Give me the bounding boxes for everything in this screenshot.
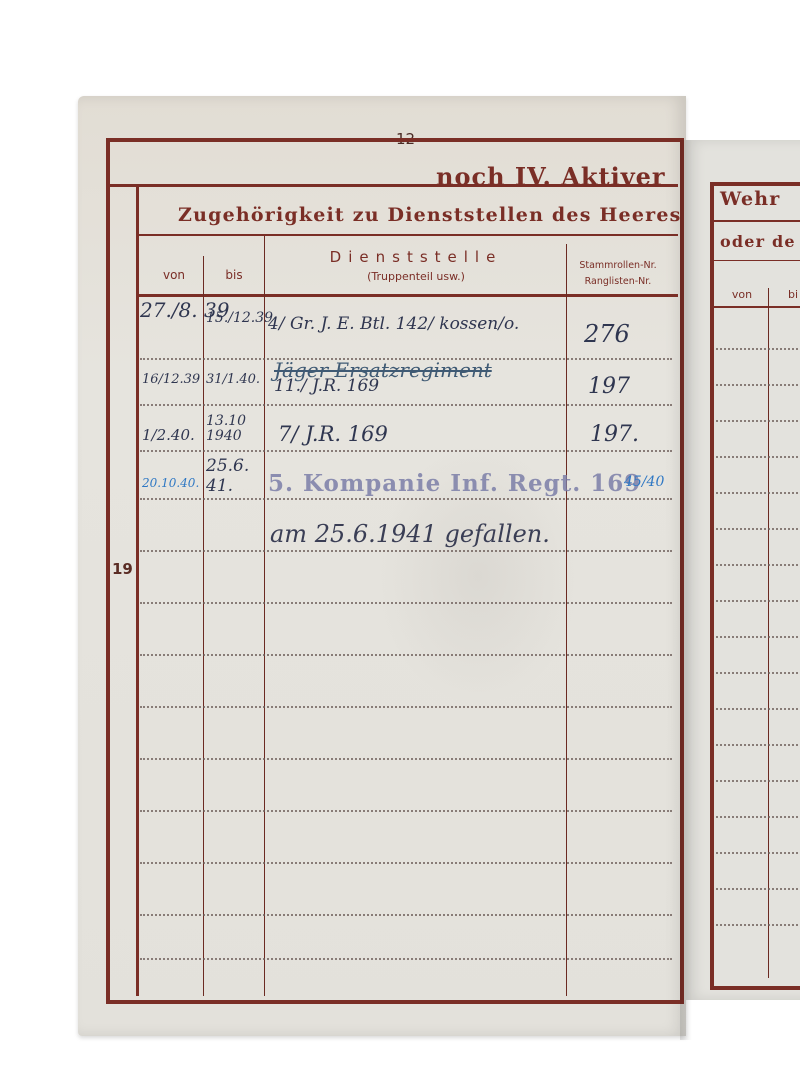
- entry-3-nr: 197: [588, 374, 630, 399]
- entry-5-von: 20.10.40.: [142, 476, 199, 490]
- right-subtitle-fragment: oder de: [720, 232, 796, 251]
- title-divider: [138, 234, 678, 236]
- row-line: [140, 602, 672, 604]
- right-header-divider: [712, 306, 800, 308]
- entry-1-bis: 15./12.39: [206, 310, 273, 326]
- row-line: [140, 706, 672, 708]
- right-col-von: von: [720, 288, 764, 301]
- col-divider-dienststelle-nr: [566, 244, 567, 996]
- entry-3-von: 16/12.39: [142, 372, 200, 387]
- right-row-line: [716, 924, 800, 926]
- row-line: [140, 914, 672, 916]
- right-row-line: [716, 420, 800, 422]
- right-row-line: [716, 528, 800, 530]
- right-row-line: [716, 744, 800, 746]
- entry-5-nr: 45/40: [624, 474, 664, 490]
- row-line: [140, 862, 672, 864]
- entry-5-bis: 25.6. 41.: [206, 456, 262, 496]
- right-row-line: [716, 852, 800, 854]
- right-row-line: [716, 708, 800, 710]
- right-row-line: [716, 492, 800, 494]
- right-outer-frame: [710, 182, 800, 990]
- right-row-line: [716, 888, 800, 890]
- entry-4-dienststelle: 7/ J.R. 169: [278, 422, 388, 446]
- right-row-line: [716, 780, 800, 782]
- row-line: [140, 450, 672, 452]
- death-remark: am 25.6.1941 gefallen.: [270, 520, 550, 548]
- entry-1-dienststelle: 4/ Gr. J. E. Btl. 142/ kossen/o.: [268, 314, 519, 334]
- right-subtitle-divider: [712, 260, 800, 261]
- section-title: noch IV. Aktiver: [436, 162, 666, 191]
- right-title-divider: [712, 220, 800, 222]
- table-title: Zugehörigkeit zu Dienststellen des Heere…: [178, 204, 682, 226]
- entry-4-bis: 13.10 1940: [206, 414, 262, 444]
- row-line: [140, 550, 672, 552]
- right-row-line: [716, 564, 800, 566]
- entry-3-dienststelle: 11./ J.R. 169: [274, 376, 379, 396]
- row-line: [140, 958, 672, 960]
- right-row-line: [716, 456, 800, 458]
- right-row-line: [716, 816, 800, 818]
- right-row-line: [716, 672, 800, 674]
- right-title-fragment: Wehr: [720, 188, 781, 210]
- right-row-line: [716, 384, 800, 386]
- col-header-stammrollen: Stammrollen-Nr.: [568, 260, 668, 271]
- entry-4-von: 1/2.40.: [142, 426, 195, 444]
- entry-5-stamp-dienststelle: 5. Kompanie Inf. Regt. 169: [268, 470, 641, 497]
- right-col-bis: bi: [778, 288, 800, 301]
- col-header-dienststelle-sub: (Truppenteil usw.): [268, 270, 564, 283]
- right-row-line: [716, 600, 800, 602]
- row-line: [140, 498, 672, 500]
- row-line: [140, 810, 672, 812]
- row-line: [140, 654, 672, 656]
- col-header-von: von: [146, 268, 202, 282]
- col-header-ranglisten: Ranglisten-Nr.: [568, 276, 668, 287]
- entry-4-nr: 197.: [590, 422, 639, 447]
- col-divider-von-bis: [203, 256, 204, 996]
- entry-3-bis: 31/1.40.: [206, 372, 260, 387]
- row-line: [140, 758, 672, 760]
- side-number: 19: [112, 560, 133, 578]
- col-header-bis: bis: [206, 268, 262, 282]
- right-col-divider: [768, 288, 769, 978]
- book-spine: [680, 140, 692, 1040]
- right-row-line: [716, 348, 800, 350]
- row-line: [140, 404, 672, 406]
- column-header-divider: [138, 294, 678, 297]
- left-page: 12 noch IV. Aktiver Zugehörigkeit zu Die…: [78, 96, 686, 1036]
- col-header-dienststelle: Dienststelle: [268, 248, 564, 266]
- col-divider-bis-dienststelle: [264, 236, 265, 996]
- side-column-divider: [136, 186, 139, 996]
- right-page: Wehr oder de von bi: [686, 140, 800, 1000]
- entry-1-nr: 276: [584, 320, 630, 348]
- right-row-line: [716, 636, 800, 638]
